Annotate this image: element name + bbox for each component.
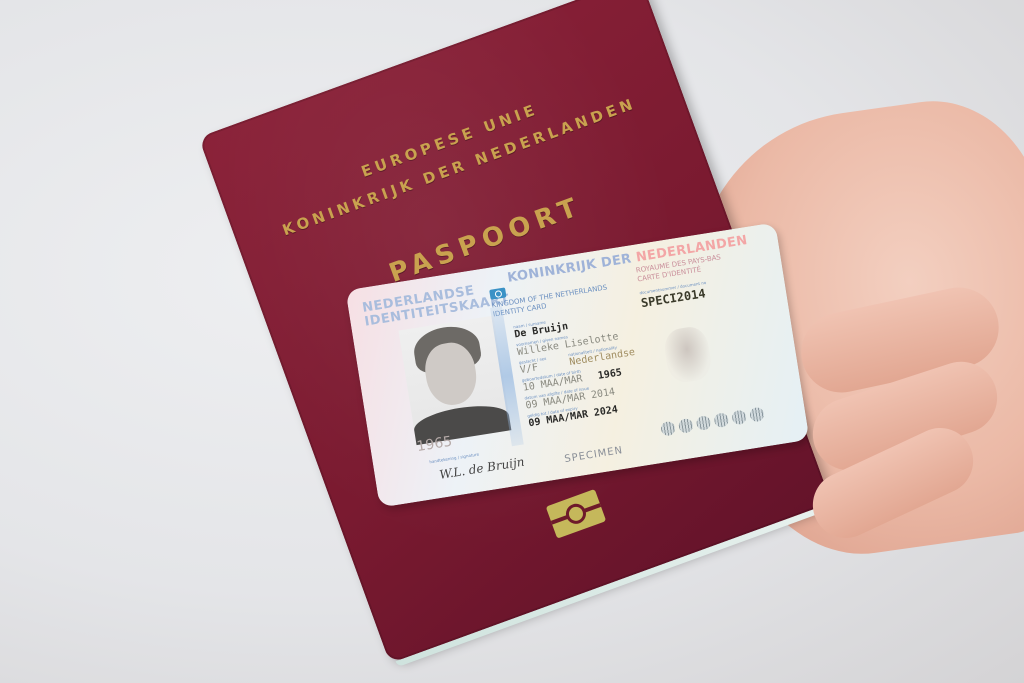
security-dot [678, 418, 694, 434]
security-dot [749, 407, 765, 423]
security-dot [731, 409, 747, 425]
sex: V/F [519, 362, 539, 376]
security-dots [660, 407, 765, 437]
security-dot [713, 412, 729, 428]
photo-scene: EUROPESE UNIE KONINKRIJK DER NEDERLANDEN… [0, 0, 1024, 683]
passport-kingdom-text: KONINKRIJK DER NEDERLANDEN [235, 78, 683, 256]
ghost-portrait [662, 325, 714, 385]
card-kingdom-en: KINGDOM OF THE NETHERLANDS IDENTITY CARD [491, 283, 609, 319]
security-dot [696, 415, 712, 431]
biometric-chip-icon [546, 489, 606, 539]
specimen-text: SPECIMEN [564, 445, 624, 465]
security-dot [660, 421, 676, 437]
dob-year: 1965 [597, 367, 623, 382]
